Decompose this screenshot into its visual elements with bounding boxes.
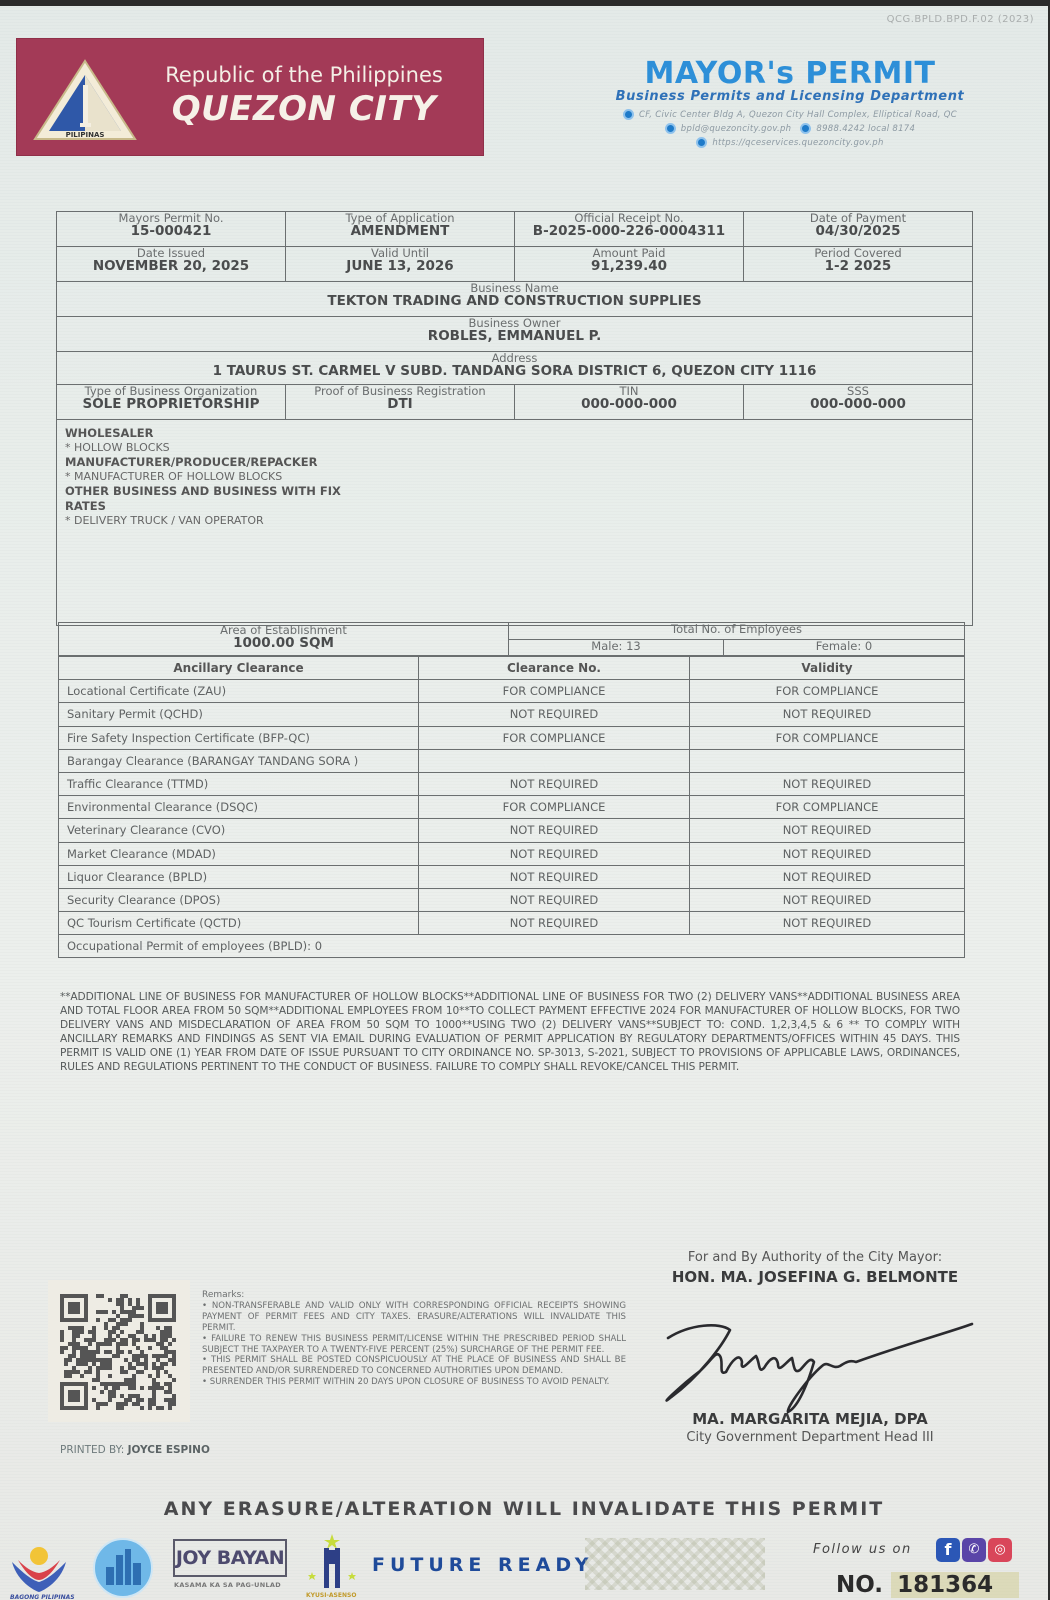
clearance-validity: FOR COMPLIANCE [690,680,965,703]
city-heading: QUEZON CITY [134,89,474,129]
clearance-name: Locational Certificate (ZAU) [59,680,419,703]
clearance-name: Environmental Clearance (DSQC) [59,796,419,819]
phone-number: 8988.4242 local 8174 [816,124,915,134]
address-cell: Address1 TAURUS ST. CARMEL V SUBD. TANDA… [57,352,973,385]
date-issued: NOVEMBER 20, 2025 [59,259,283,273]
org-type-cell: Type of Business OrganizationSOLE PROPRI… [57,385,286,420]
date-issued-cell: Date IssuedNOVEMBER 20, 2025 [57,247,286,282]
clearance-no: NOT REQUIRED [419,819,690,842]
document-title: MAYOR's PERMIT [560,56,1020,91]
form-code: QCG.BPLD.BPD.F.02 (2023) [887,14,1034,25]
signature-icon [660,1316,980,1416]
clearance-no: NOT REQUIRED [419,865,690,888]
clearance-validity: FOR COMPLIANCE [690,796,965,819]
application-type: AMENDMENT [288,224,512,238]
receipt-no: B-2025-000-226-0004311 [517,224,741,238]
area-cell: Area of Establishment1000.00 SQM [59,623,509,656]
printed-by: PRINTED BY: JOYCE ESPINO [60,1444,210,1456]
clearance-validity: FOR COMPLIANCE [690,726,965,749]
clearance-validity: NOT REQUIRED [690,772,965,795]
qr-code [48,1280,190,1422]
registration-cell: Proof of Business RegistrationDTI [286,385,515,420]
signatory-name: MA. MARGARITA MEJIA, DPA [650,1410,970,1428]
table-row: QC Tourism Certificate (QCTD)NOT REQUIRE… [59,912,965,935]
clearance-name: QC Tourism Certificate (QCTD) [59,912,419,935]
clearance-no: NOT REQUIRED [419,842,690,865]
clearance-validity: NOT REQUIRED [690,865,965,888]
bagong-pilipinas-logo-icon [8,1540,70,1594]
female-count: Female: 0 [724,640,965,656]
org-type: SOLE PROPRIETORSHIP [59,397,283,411]
period-covered-cell: Period Covered1-2 2025 [744,247,973,282]
table-row: Market Clearance (MDAD)NOT REQUIREDNOT R… [59,842,965,865]
website-link[interactable]: https://qceservices.quezoncity.gov.ph [712,138,883,148]
clearance-name: Sanitary Permit (QCHD) [59,703,419,726]
tin: 000-000-000 [517,397,741,411]
globe-icon [696,137,707,148]
security-pattern [585,1538,765,1590]
clearance-no: FOR COMPLIANCE [419,680,690,703]
clearance-validity: NOT REQUIRED [690,703,965,726]
permit-no-cell: Mayors Permit No.15-000421 [57,212,286,247]
authority-block: For and By Authority of the City Mayor: … [650,1250,980,1286]
facebook-icon[interactable]: f [936,1538,960,1562]
future-ready-slogan: FUTURE READY [372,1554,593,1576]
clearance-validity: NOT REQUIRED [690,888,965,911]
business-address: 1 TAURUS ST. CARMEL V SUBD. TANDANG SORA… [59,364,970,378]
area-value: 1000.00 SQM [61,636,506,650]
svg-text:PILIPINAS: PILIPINAS [66,131,105,139]
establishment-table: Area of Establishment1000.00 SQM Total N… [58,622,965,656]
kyusi-asenso-logo-icon [302,1532,362,1590]
email-icon [665,123,676,134]
clearance-name: Market Clearance (MDAD) [59,842,419,865]
clearance-name: Barangay Clearance (BARANGAY TANDANG SOR… [59,749,419,772]
amount-paid: 91,239.40 [517,259,741,273]
quezon-city-banner: PILIPINAS Republic of the Philippines QU… [16,38,484,156]
contact-website: https://qceservices.quezoncity.gov.ph [560,137,1020,148]
contact-email-phone: bpld@quezoncity.gov.ph 8988.4242 local 8… [560,123,1020,134]
clearance-name: Security Clearance (DPOS) [59,888,419,911]
clearance-no: NOT REQUIRED [419,703,690,726]
mayors-permit-document: QCG.BPLD.BPD.F.02 (2023) PILIPINAS Repub… [0,6,1048,1600]
clearance-no: NOT REQUIRED [419,888,690,911]
valid-until-cell: Valid UntilJUNE 13, 2026 [286,247,515,282]
joy-bayan-logo: JOY BAYAN [173,1539,287,1577]
instagram-icon[interactable]: ◎ [988,1538,1012,1562]
period-covered: 1-2 2025 [746,259,970,273]
table-row: Security Clearance (DPOS)NOT REQUIREDNOT… [59,888,965,911]
business-name-cell: Business NameTEKTON TRADING AND CONSTRUC… [57,282,973,317]
table-row: Barangay Clearance (BARANGAY TANDANG SOR… [59,749,965,772]
signatory-title: City Government Department Head III [650,1430,970,1445]
permit-info-table: Mayors Permit No.15-000421 Type of Appli… [56,211,973,626]
table-header-row: Ancillary Clearance Clearance No. Validi… [59,657,965,680]
business-name: TEKTON TRADING AND CONSTRUCTION SUPPLIES [59,294,970,308]
permit-conditions-notes: **ADDITIONAL LINE OF BUSINESS FOR MANUFA… [60,991,960,1075]
payment-date: 04/30/2025 [746,224,970,238]
clearance-validity [690,749,965,772]
valid-until: JUNE 13, 2026 [288,259,512,273]
qr-code-icon [60,1294,176,1410]
occupational-permit-row: Occupational Permit of employees (BPLD):… [59,935,965,958]
male-count: Male: 13 [509,640,724,656]
phone-icon [800,123,811,134]
clearance-no [419,749,690,772]
application-type-cell: Type of ApplicationAMENDMENT [286,212,515,247]
clearance-validity: NOT REQUIRED [690,842,965,865]
clearance-validity: NOT REQUIRED [690,912,965,935]
clearance-name: Liquor Clearance (BPLD) [59,865,419,888]
clearance-name: Veterinary Clearance (CVO) [59,819,419,842]
clearance-no: NOT REQUIRED [419,912,690,935]
republic-heading: Republic of the Philippines [134,63,474,87]
business-owner-cell: Business OwnerROBLES, EMMANUEL P. [57,317,973,352]
sss: 000-000-000 [746,397,970,411]
business-owner: ROBLES, EMMANUEL P. [59,329,970,343]
table-row: Liquor Clearance (BPLD)NOT REQUIREDNOT R… [59,865,965,888]
quezon-city-seal-icon: PILIPINAS [33,59,137,141]
employees-label-cell: Total No. of Employees [509,623,965,640]
location-icon [623,109,634,120]
clearance-name: Fire Safety Inspection Certificate (BFP-… [59,726,419,749]
permit-no: 15-000421 [59,224,283,238]
remarks: Remarks: • NON-TRANSFERABLE AND VALID ON… [202,1290,626,1388]
table-row: Locational Certificate (ZAU)FOR COMPLIAN… [59,680,965,703]
qc-skyline-logo-icon [92,1537,154,1599]
lines-of-business: WHOLESALER * HOLLOW BLOCKS MANUFACTURER/… [57,420,973,626]
clearance-name: Traffic Clearance (TTMD) [59,772,419,795]
clearance-no: NOT REQUIRED [419,772,690,795]
registration: DTI [288,397,512,411]
email-link[interactable]: bpld@quezoncity.gov.ph [681,124,792,134]
table-row: Veterinary Clearance (CVO)NOT REQUIREDNO… [59,819,965,842]
alteration-warning: ANY ERASURE/ALTERATION WILL INVALIDATE T… [0,1498,1048,1520]
footer-logos: BAGONG PILIPINAS JOY BAYAN KASAMA KA SA … [0,1536,1048,1600]
department-name: Business Permits and Licensing Departmen… [560,89,1020,104]
payment-date-cell: Date of Payment04/30/2025 [744,212,973,247]
clearance-no: FOR COMPLIANCE [419,796,690,819]
clearance-no: FOR COMPLIANCE [419,726,690,749]
table-row: Sanitary Permit (QCHD)NOT REQUIREDNOT RE… [59,703,965,726]
viber-icon[interactable]: ✆ [962,1538,986,1562]
amount-paid-cell: Amount Paid91,239.40 [515,247,744,282]
table-row: Environmental Clearance (DSQC)FOR COMPLI… [59,796,965,819]
table-row: Fire Safety Inspection Certificate (BFP-… [59,726,965,749]
contact-address: CF, Civic Center Bldg A, Quezon City Hal… [560,109,1020,120]
receipt-no-cell: Official Receipt No.B-2025-000-226-00043… [515,212,744,247]
control-number: NO. 181364 [836,1572,1019,1598]
follow-us-label: Follow us on [813,1542,912,1557]
clearance-validity: NOT REQUIRED [690,819,965,842]
tin-cell: TIN000-000-000 [515,385,744,420]
signatory: MA. MARGARITA MEJIA, DPA City Government… [650,1410,970,1445]
mayor-name: HON. MA. JOSEFINA G. BELMONTE [650,1268,980,1286]
table-row: Traffic Clearance (TTMD)NOT REQUIREDNOT … [59,772,965,795]
ancillary-clearance-table: Ancillary Clearance Clearance No. Validi… [58,656,965,958]
sss-cell: SSS000-000-000 [744,385,973,420]
